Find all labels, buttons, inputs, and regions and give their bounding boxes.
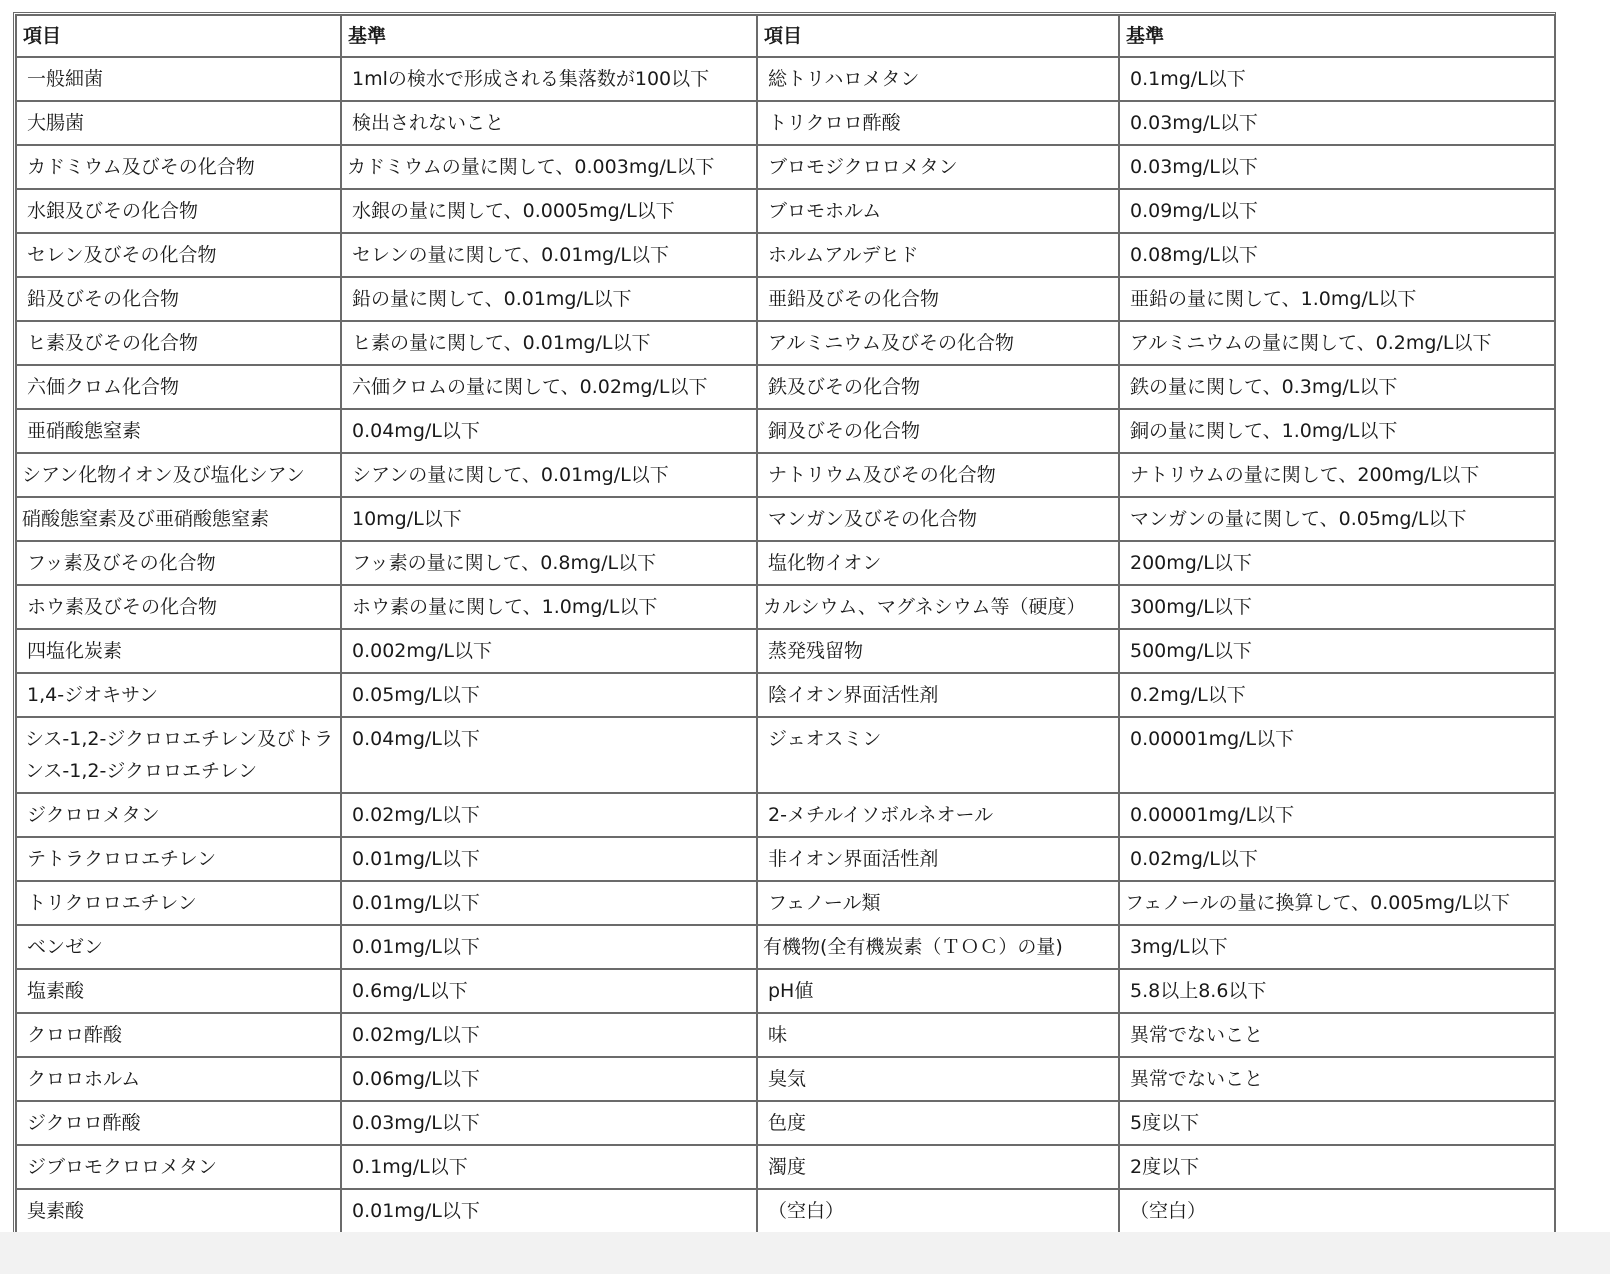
standard-cell: 0.04mg/L以下 xyxy=(341,717,757,793)
table-row: 大腸菌 検出されないこと トリクロロ酢酸 0.03mg/L以下 xyxy=(16,101,1555,145)
item-cell: 大腸菌 xyxy=(16,101,341,145)
item-cell: カルシウム、マグネシウム等（硬度） xyxy=(757,585,1119,629)
standard-cell: 異常でないこと xyxy=(1119,1057,1555,1101)
standard-cell: 5.8以上8.6以下 xyxy=(1119,969,1555,1013)
standard-cell: 0.06mg/L以下 xyxy=(341,1057,757,1101)
standard-cell: マンガンの量に関して、0.05mg/L以下 xyxy=(1119,497,1555,541)
table-row: 塩素酸 0.6mg/L以下 pH値 5.8以上8.6以下 xyxy=(16,969,1555,1013)
item-cell: 蒸発残留物 xyxy=(757,629,1119,673)
table-row: 六価クロム化合物 六価クロムの量に関して、0.02mg/L以下 鉄及びその化合物… xyxy=(16,365,1555,409)
item-cell: ブロモホルム xyxy=(757,189,1119,233)
standard-cell: 300mg/L以下 xyxy=(1119,585,1555,629)
item-cell: 色度 xyxy=(757,1101,1119,1145)
standard-cell: 0.03mg/L以下 xyxy=(341,1101,757,1145)
table-row: ジブロモクロロメタン 0.1mg/L以下 濁度 2度以下 xyxy=(16,1145,1555,1189)
table-row: カドミウム及びその化合物 カドミウムの量に関して、0.003mg/L以下 ブロモ… xyxy=(16,145,1555,189)
table-row: セレン及びその化合物 セレンの量に関して、0.01mg/L以下 ホルムアルデヒド… xyxy=(16,233,1555,277)
standard-cell: 検出されないこと xyxy=(341,101,757,145)
table-row: テトラクロロエチレン 0.01mg/L以下 非イオン界面活性剤 0.02mg/L… xyxy=(16,837,1555,881)
standard-cell: 0.01mg/L以下 xyxy=(341,881,757,925)
standard-cell: 0.2mg/L以下 xyxy=(1119,673,1555,717)
standard-cell: 1mlの検水で形成される集落数が100以下 xyxy=(341,57,757,101)
item-cell: 2-メチルイソボルネオール xyxy=(757,793,1119,837)
item-cell: （空白） xyxy=(757,1189,1119,1233)
item-cell: フッ素及びその化合物 xyxy=(16,541,341,585)
item-cell: トリクロロ酢酸 xyxy=(757,101,1119,145)
table-row: 1,4-ジオキサン 0.05mg/L以下 陰イオン界面活性剤 0.2mg/L以下 xyxy=(16,673,1555,717)
item-cell: 六価クロム化合物 xyxy=(16,365,341,409)
item-cell: 鉛及びその化合物 xyxy=(16,277,341,321)
item-cell: 水銀及びその化合物 xyxy=(16,189,341,233)
standard-cell: 亜鉛の量に関して、1.0mg/L以下 xyxy=(1119,277,1555,321)
standard-cell: シアンの量に関して、0.01mg/L以下 xyxy=(341,453,757,497)
table-row: 臭素酸 0.01mg/L以下 （空白） （空白） xyxy=(16,1189,1555,1233)
standard-cell: 0.02mg/L以下 xyxy=(1119,837,1555,881)
item-cell: 塩素酸 xyxy=(16,969,341,1013)
item-cell: 亜硝酸態窒素 xyxy=(16,409,341,453)
header-item-left: 項目 xyxy=(16,15,341,57)
table-row: クロロホルム 0.06mg/L以下 臭気 異常でないこと xyxy=(16,1057,1555,1101)
item-cell: pH値 xyxy=(757,969,1119,1013)
standard-cell: 0.03mg/L以下 xyxy=(1119,101,1555,145)
standard-cell: ナトリウムの量に関して、200mg/L以下 xyxy=(1119,453,1555,497)
item-cell: セレン及びその化合物 xyxy=(16,233,341,277)
standard-cell: 0.03mg/L以下 xyxy=(1119,145,1555,189)
standard-cell: ヒ素の量に関して、0.01mg/L以下 xyxy=(341,321,757,365)
standard-cell: 10mg/L以下 xyxy=(341,497,757,541)
item-cell: 四塩化炭素 xyxy=(16,629,341,673)
item-cell: 濁度 xyxy=(757,1145,1119,1189)
table-header-row: 項目 基準 項目 基準 xyxy=(16,15,1555,57)
standard-cell: 5度以下 xyxy=(1119,1101,1555,1145)
item-cell: ホウ素及びその化合物 xyxy=(16,585,341,629)
standard-cell: （空白） xyxy=(1119,1189,1555,1233)
header-item-right: 項目 xyxy=(757,15,1119,57)
item-cell: ジクロロメタン xyxy=(16,793,341,837)
standard-cell: 六価クロムの量に関して、0.02mg/L以下 xyxy=(341,365,757,409)
table-row: ベンゼン 0.01mg/L以下 有機物(全有機炭素（ＴＯＣ）の量) 3mg/L以… xyxy=(16,925,1555,969)
item-cell: 一般細菌 xyxy=(16,57,341,101)
item-cell: ホルムアルデヒド xyxy=(757,233,1119,277)
standard-cell: 0.02mg/L以下 xyxy=(341,1013,757,1057)
table-row: 亜硝酸態窒素 0.04mg/L以下 銅及びその化合物 銅の量に関して、1.0mg… xyxy=(16,409,1555,453)
table-row: クロロ酢酸 0.02mg/L以下 味 異常でないこと xyxy=(16,1013,1555,1057)
standard-cell: 200mg/L以下 xyxy=(1119,541,1555,585)
table-row: シス-1,2-ジクロロエチレン及びトランス-1,2-ジクロロエチレン 0.04m… xyxy=(16,717,1555,793)
water-quality-standards-table: 項目 基準 項目 基準 一般細菌 1mlの検水で形成される集落数が100以下 総… xyxy=(15,14,1556,1234)
page-bottom-band xyxy=(0,1232,1610,1274)
table-row: フッ素及びその化合物 フッ素の量に関して、0.8mg/L以下 塩化物イオン 20… xyxy=(16,541,1555,585)
standard-cell: 0.002mg/L以下 xyxy=(341,629,757,673)
item-cell: ジェオスミン xyxy=(757,717,1119,793)
standard-cell: 0.05mg/L以下 xyxy=(341,673,757,717)
item-cell: 臭素酸 xyxy=(16,1189,341,1233)
table-row: 鉛及びその化合物 鉛の量に関して、0.01mg/L以下 亜鉛及びその化合物 亜鉛… xyxy=(16,277,1555,321)
item-cell: クロロホルム xyxy=(16,1057,341,1101)
item-cell: マンガン及びその化合物 xyxy=(757,497,1119,541)
item-cell: 銅及びその化合物 xyxy=(757,409,1119,453)
table-row: 四塩化炭素 0.002mg/L以下 蒸発残留物 500mg/L以下 xyxy=(16,629,1555,673)
item-cell: 有機物(全有機炭素（ＴＯＣ）の量) xyxy=(757,925,1119,969)
table-row: 硝酸態窒素及び亜硝酸態窒素 10mg/L以下 マンガン及びその化合物 マンガンの… xyxy=(16,497,1555,541)
table-body: 一般細菌 1mlの検水で形成される集落数が100以下 総トリハロメタン 0.1m… xyxy=(16,57,1555,1233)
table-row: 水銀及びその化合物 水銀の量に関して、0.0005mg/L以下 ブロモホルム 0… xyxy=(16,189,1555,233)
standard-cell: フェノールの量に換算して、0.005mg/L以下 xyxy=(1119,881,1555,925)
standard-cell: 0.01mg/L以下 xyxy=(341,837,757,881)
table-row: ジクロロ酢酸 0.03mg/L以下 色度 5度以下 xyxy=(16,1101,1555,1145)
item-cell: ブロモジクロロメタン xyxy=(757,145,1119,189)
table-row: シアン化物イオン及び塩化シアン シアンの量に関して、0.01mg/L以下 ナトリ… xyxy=(16,453,1555,497)
standard-cell: 0.00001mg/L以下 xyxy=(1119,793,1555,837)
standard-cell: 0.01mg/L以下 xyxy=(341,1189,757,1233)
item-cell: シス-1,2-ジクロロエチレン及びトランス-1,2-ジクロロエチレン xyxy=(16,717,341,793)
header-standard-right: 基準 xyxy=(1119,15,1555,57)
item-cell: シアン化物イオン及び塩化シアン xyxy=(16,453,341,497)
item-cell: ジクロロ酢酸 xyxy=(16,1101,341,1145)
standard-cell: 0.09mg/L以下 xyxy=(1119,189,1555,233)
standard-cell: 0.6mg/L以下 xyxy=(341,969,757,1013)
item-cell: 陰イオン界面活性剤 xyxy=(757,673,1119,717)
table-row: ジクロロメタン 0.02mg/L以下 2-メチルイソボルネオール 0.00001… xyxy=(16,793,1555,837)
standard-cell: 鉛の量に関して、0.01mg/L以下 xyxy=(341,277,757,321)
item-cell: 臭気 xyxy=(757,1057,1119,1101)
item-cell: クロロ酢酸 xyxy=(16,1013,341,1057)
standard-cell: フッ素の量に関して、0.8mg/L以下 xyxy=(341,541,757,585)
item-cell: 亜鉛及びその化合物 xyxy=(757,277,1119,321)
item-cell: 味 xyxy=(757,1013,1119,1057)
item-cell: カドミウム及びその化合物 xyxy=(16,145,341,189)
item-cell: テトラクロロエチレン xyxy=(16,837,341,881)
item-cell: トリクロロエチレン xyxy=(16,881,341,925)
standard-cell: セレンの量に関して、0.01mg/L以下 xyxy=(341,233,757,277)
standard-cell: 異常でないこと xyxy=(1119,1013,1555,1057)
header-standard-left: 基準 xyxy=(341,15,757,57)
table-row: 一般細菌 1mlの検水で形成される集落数が100以下 総トリハロメタン 0.1m… xyxy=(16,57,1555,101)
item-cell: ベンゼン xyxy=(16,925,341,969)
standard-cell: カドミウムの量に関して、0.003mg/L以下 xyxy=(341,145,757,189)
standard-cell: 500mg/L以下 xyxy=(1119,629,1555,673)
standard-cell: ホウ素の量に関して、1.0mg/L以下 xyxy=(341,585,757,629)
standard-cell: 2度以下 xyxy=(1119,1145,1555,1189)
item-cell: ヒ素及びその化合物 xyxy=(16,321,341,365)
standard-cell: アルミニウムの量に関して、0.2mg/L以下 xyxy=(1119,321,1555,365)
item-cell: 硝酸態窒素及び亜硝酸態窒素 xyxy=(16,497,341,541)
item-cell: ナトリウム及びその化合物 xyxy=(757,453,1119,497)
standard-cell: 0.08mg/L以下 xyxy=(1119,233,1555,277)
standard-cell: 0.01mg/L以下 xyxy=(341,925,757,969)
item-cell: 塩化物イオン xyxy=(757,541,1119,585)
standard-cell: 鉄の量に関して、0.3mg/L以下 xyxy=(1119,365,1555,409)
table-row: トリクロロエチレン 0.01mg/L以下 フェノール類 フェノールの量に換算して… xyxy=(16,881,1555,925)
item-cell: 1,4-ジオキサン xyxy=(16,673,341,717)
item-cell: 総トリハロメタン xyxy=(757,57,1119,101)
water-quality-standards-table-frame: 項目 基準 項目 基準 一般細菌 1mlの検水で形成される集落数が100以下 総… xyxy=(13,12,1556,1236)
standard-cell: 0.02mg/L以下 xyxy=(341,793,757,837)
standard-cell: 銅の量に関して、1.0mg/L以下 xyxy=(1119,409,1555,453)
item-cell: ジブロモクロロメタン xyxy=(16,1145,341,1189)
item-cell: フェノール類 xyxy=(757,881,1119,925)
standard-cell: 0.00001mg/L以下 xyxy=(1119,717,1555,793)
table-row: ヒ素及びその化合物 ヒ素の量に関して、0.01mg/L以下 アルミニウム及びその… xyxy=(16,321,1555,365)
standard-cell: 3mg/L以下 xyxy=(1119,925,1555,969)
standard-cell: 0.1mg/L以下 xyxy=(1119,57,1555,101)
table-row: ホウ素及びその化合物 ホウ素の量に関して、1.0mg/L以下 カルシウム、マグネ… xyxy=(16,585,1555,629)
item-cell: 非イオン界面活性剤 xyxy=(757,837,1119,881)
item-cell: 鉄及びその化合物 xyxy=(757,365,1119,409)
standard-cell: 0.04mg/L以下 xyxy=(341,409,757,453)
standard-cell: 水銀の量に関して、0.0005mg/L以下 xyxy=(341,189,757,233)
standard-cell: 0.1mg/L以下 xyxy=(341,1145,757,1189)
item-cell: アルミニウム及びその化合物 xyxy=(757,321,1119,365)
